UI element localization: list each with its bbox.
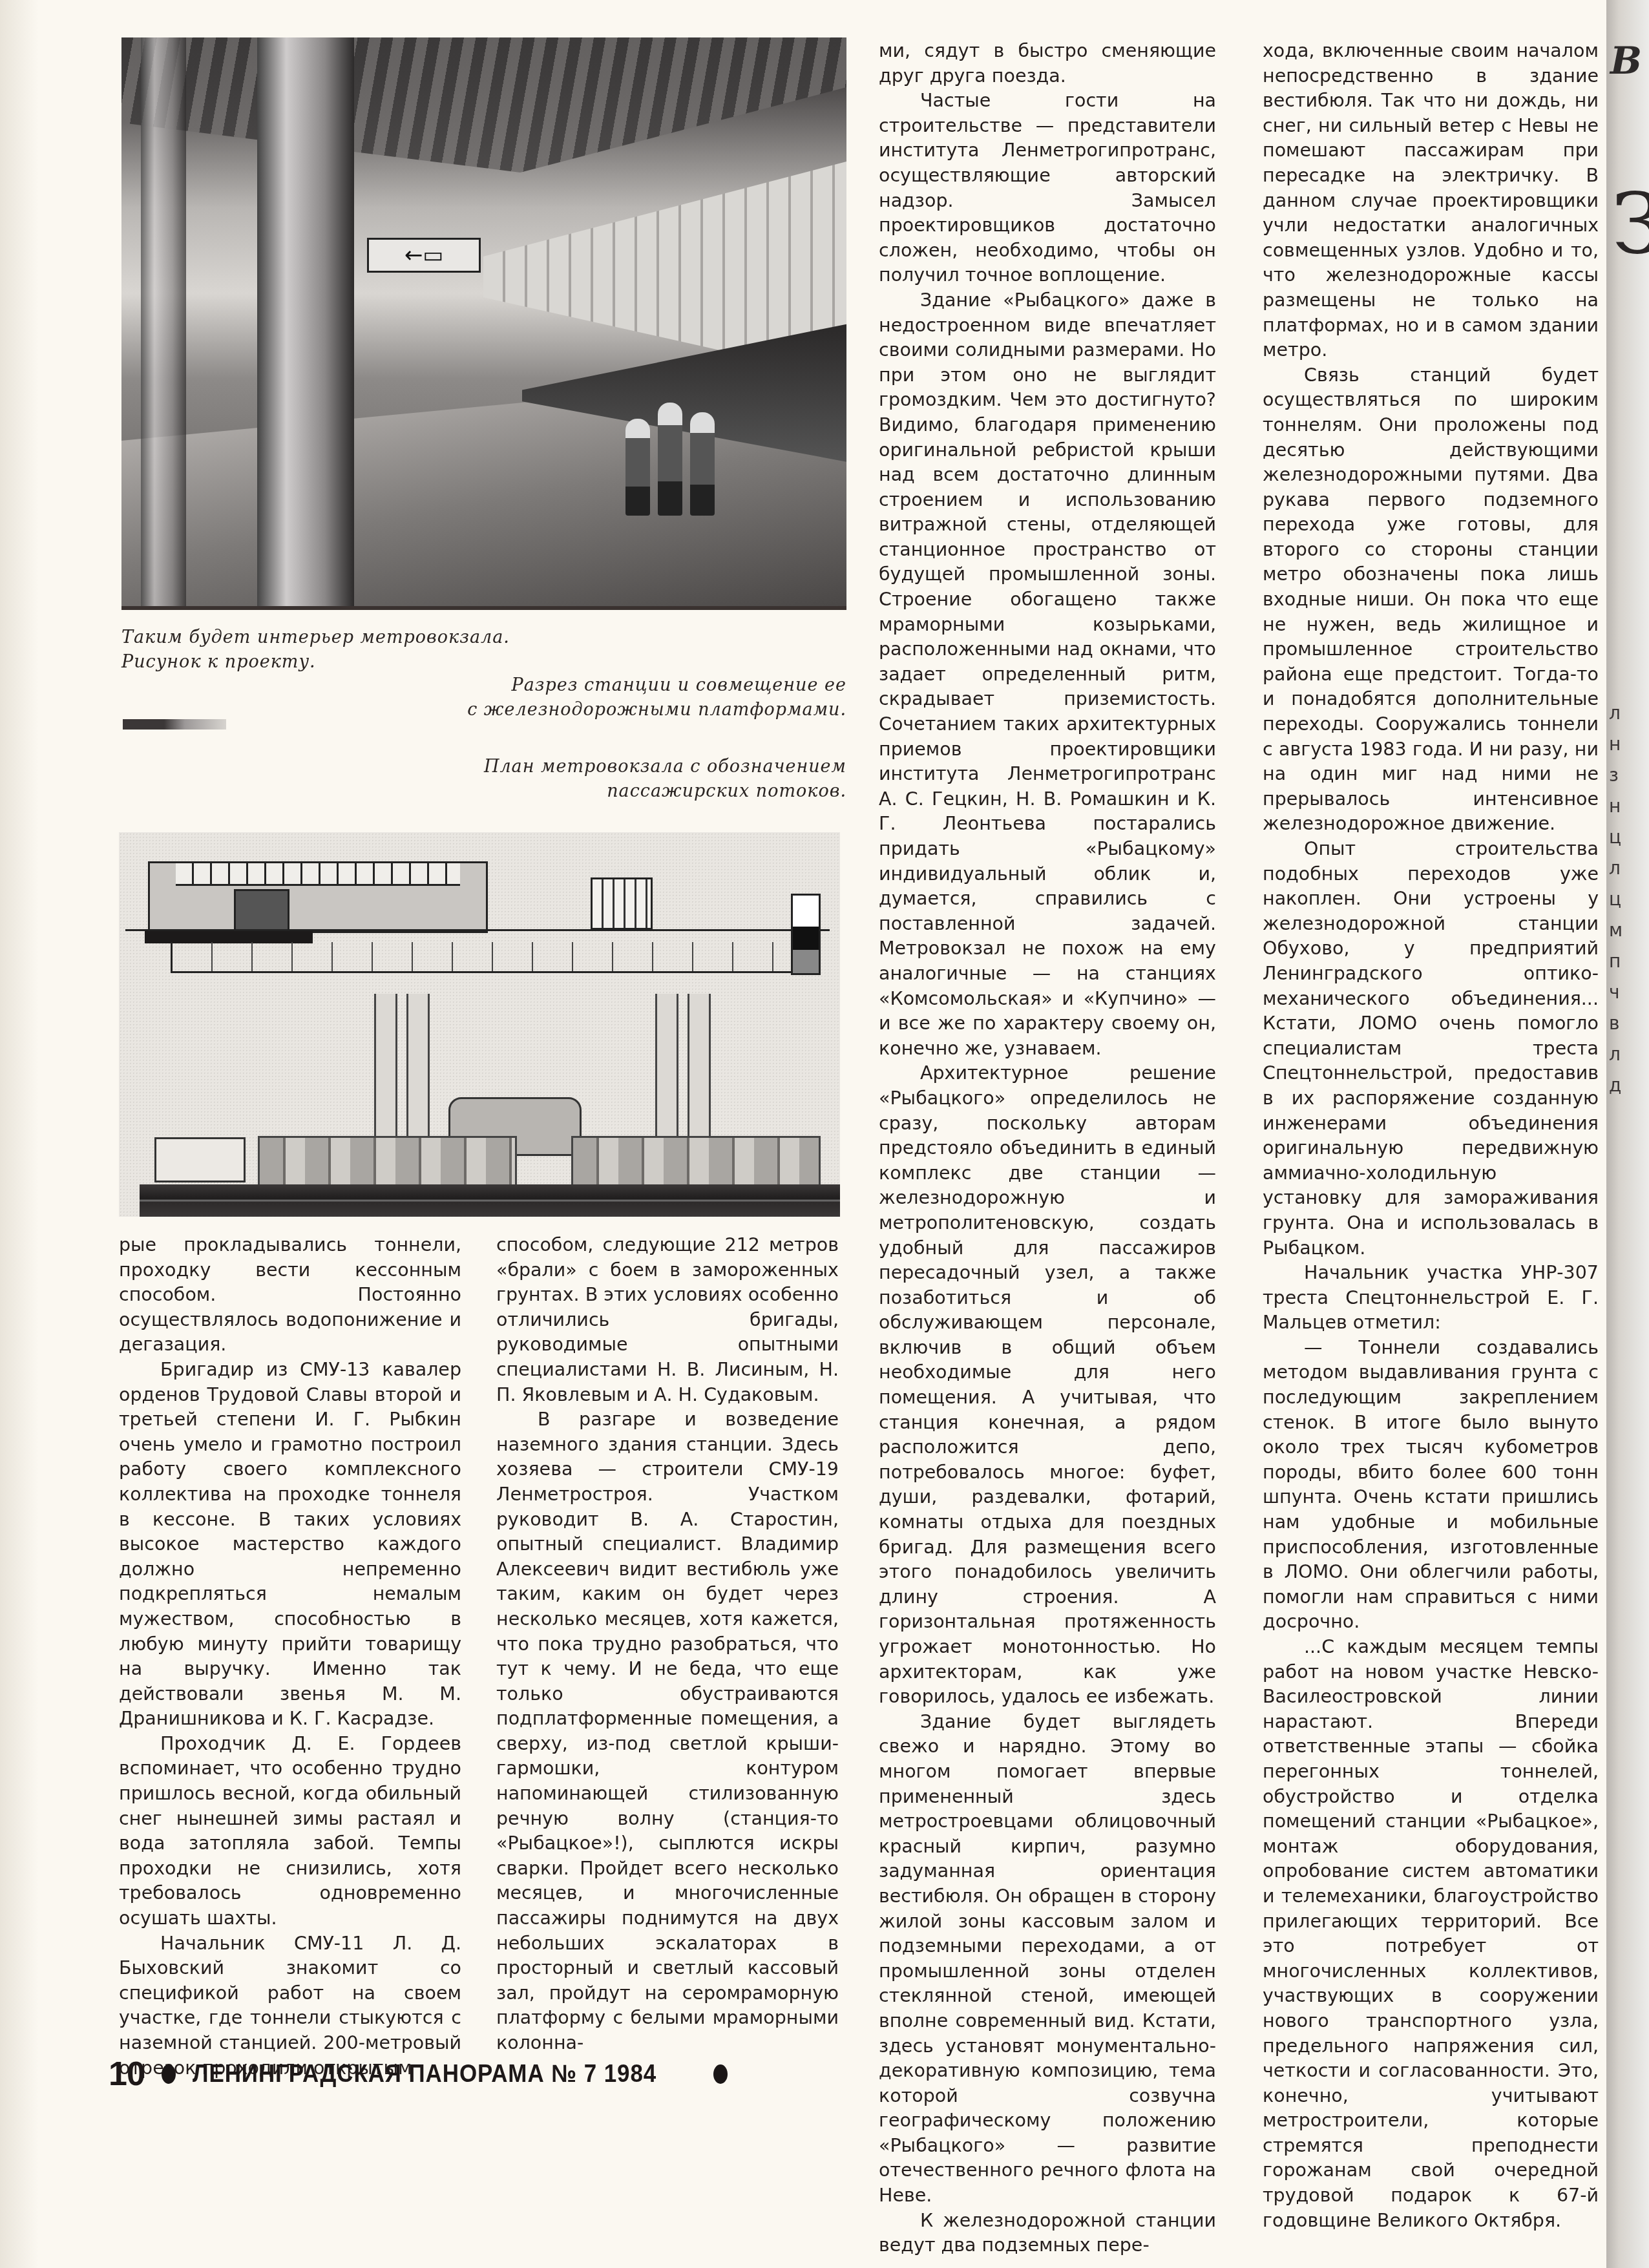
- section-windows: [176, 863, 460, 886]
- passenger-figure: [690, 412, 715, 516]
- paragraph: Проходчик Д. Е. Гордеев вспоминает, что …: [119, 1732, 461, 1931]
- article-column-4: хода, включенные своим началом непосредс…: [1263, 39, 1599, 2233]
- bullet-dot-icon: [713, 2064, 728, 2084]
- paragraph: Здание «Рыбацкого» даже в недостроенном …: [879, 288, 1216, 1061]
- paragraph: способом, следующие 212 метров «брали» с…: [496, 1233, 839, 1407]
- page-footer: 10 ЛЕНИНГРАДСКАЯ ПАНОРАМА № 7 1984: [109, 2055, 728, 2094]
- caption-interior: Таким будет интерьер метровокзала. Рисун…: [121, 625, 574, 675]
- passenger-figure: [625, 419, 650, 516]
- caption-marker-swatch: [123, 719, 226, 730]
- plan-tracks: [140, 1184, 840, 1217]
- article-column-3: ми, сядут в быстро сменяющие друг друга …: [879, 39, 1216, 2258]
- page-number: 10: [109, 2055, 145, 2094]
- caption-plan: План метровокзала с обозначением пассажи…: [362, 755, 846, 804]
- paragraph: Связь станций будет осуществляться по ши…: [1263, 363, 1599, 837]
- paragraph: — Тоннели создавались методом выдавливан…: [1263, 1336, 1599, 1635]
- paragraph: Бригадир из СМУ-13 кавалер орденов Трудо…: [119, 1358, 461, 1732]
- page-gutter-shadow: [0, 0, 39, 2268]
- caption-line: Разрез станции и совмещение ее: [362, 673, 846, 698]
- illustration-column: [257, 37, 354, 606]
- next-page-big-letter: З: [1612, 174, 1649, 273]
- paragraph: В разгаре и возведение наземного здания …: [496, 1407, 839, 2055]
- station-section-plan-diagram: [119, 832, 840, 1217]
- section-building: [148, 861, 488, 933]
- paragraph: Архитектурное решение «Рыбацкого» опреде…: [879, 1061, 1216, 1709]
- section-entrance: [234, 889, 289, 932]
- caption-line: пассажирских потоков.: [362, 779, 846, 804]
- paragraph: ...С каждым месяцем темпы работ на новом…: [1263, 1635, 1599, 2233]
- next-page-text-fragment: л н з н ц л ц м п ч в л д: [1609, 698, 1635, 1101]
- magazine-title: ЛЕНИНГРАДСКАЯ ПАНОРАМА № 7 1984: [193, 2061, 656, 2088]
- caption-line: с железнодорожными платформами.: [362, 698, 846, 722]
- paragraph: Опыт строительства подобных переходов уж…: [1263, 837, 1599, 1261]
- direction-sign-arrow-icon: ←▭: [367, 238, 481, 273]
- bullet-dot-icon: [162, 2064, 176, 2084]
- caption-section: Разрез станции и совмещение ее с железно…: [362, 673, 846, 722]
- section-ground-line: [125, 929, 830, 931]
- section-end-wall: [791, 894, 821, 975]
- next-page-heading-fragment: В: [1610, 39, 1642, 83]
- paragraph: Здание будет выглядеть свежо и нарядно. …: [879, 1710, 1216, 2209]
- section-ground-mass: [145, 929, 313, 943]
- next-page-edge: В З л н з н ц л ц м п ч в л д: [1606, 0, 1649, 2268]
- section-underground: [171, 942, 821, 973]
- article-column-1: рые прокладывались тоннели, проходку вес…: [119, 1233, 461, 2081]
- article-column-2: способом, следующие 212 метров «брали» с…: [496, 1233, 839, 2056]
- paragraph: Частые гости на строительстве — представ…: [879, 89, 1216, 288]
- paragraph: Начальник участка УНР-307 треста Спецтон…: [1263, 1261, 1599, 1336]
- station-interior-illustration: ←▭: [121, 37, 846, 610]
- caption-line: План метровокзала с обозначением: [362, 755, 846, 779]
- paragraph: хода, включенные своим началом непосредс…: [1263, 39, 1599, 363]
- illustration-passengers: [613, 386, 742, 516]
- paragraph: К железнодорожной станции ведут два подз…: [879, 2209, 1216, 2258]
- passenger-figure: [658, 403, 682, 516]
- section-pavilion: [591, 877, 653, 930]
- illustration-ceiling: [121, 37, 846, 180]
- caption-line: Рисунок к проекту.: [121, 650, 574, 675]
- illustration-column: [141, 37, 186, 606]
- caption-line: Таким будет интерьер метровокзала.: [121, 625, 574, 650]
- paragraph: ми, сядут в быстро сменяющие друг друга …: [879, 39, 1216, 89]
- paragraph: рые прокладывались тоннели, проходку вес…: [119, 1233, 461, 1358]
- plan-block: [154, 1137, 246, 1182]
